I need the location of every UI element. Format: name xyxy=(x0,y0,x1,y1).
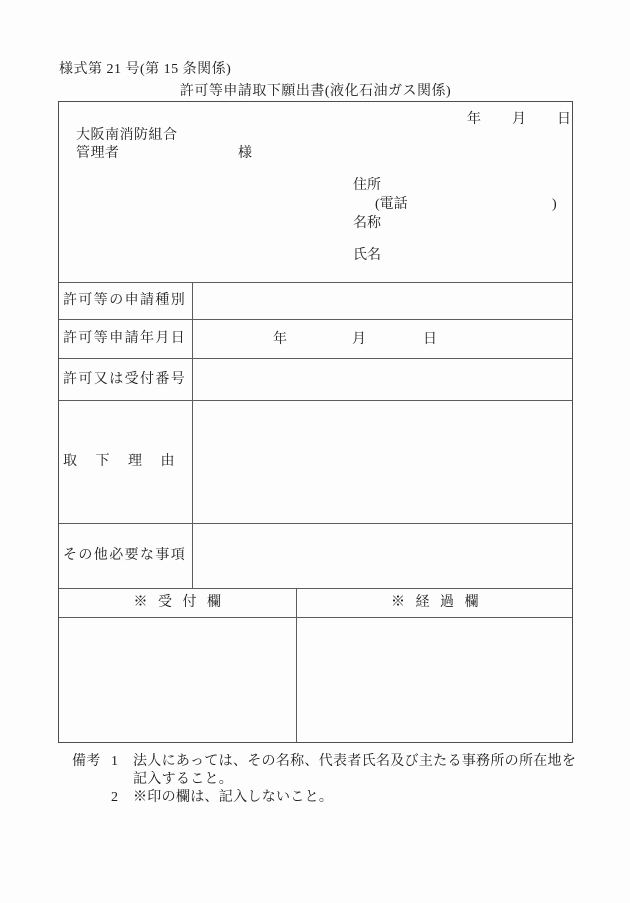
recipient-honorific: 様 xyxy=(238,146,252,162)
remark-1-line-2: 記入すること。 xyxy=(133,772,233,788)
field-label-other-items: その他必要な事項 xyxy=(63,548,186,564)
recipient-org: 大阪南消防組合 xyxy=(76,128,178,144)
remarks-label: 備考 xyxy=(72,754,101,770)
address-label: 住所 xyxy=(353,178,381,194)
date-month-label: 月 xyxy=(512,112,526,128)
remark-1-number: 1 xyxy=(111,754,118,770)
progress-box xyxy=(296,617,573,743)
remark-1-line-1: 法人にあっては、その名称、代表者氏名及び主たる事務所の所在地を xyxy=(133,754,576,770)
field-label-withdrawal-reason: 取 下 理 由 xyxy=(63,454,175,470)
date-year-label: 年 xyxy=(467,112,481,128)
field-label-application-type: 許可等の申請種別 xyxy=(63,293,186,309)
divider-office-header-top xyxy=(59,588,572,589)
withdrawal-reason-value-cell xyxy=(192,400,573,523)
application-type-value-cell xyxy=(192,282,573,319)
page-title: 許可等申請取下願出書(液化石油ガス関係) xyxy=(58,84,573,100)
receipt-column-header: ※ 受 付 欄 xyxy=(59,595,296,611)
application-date-value-cell: 年 月 日 xyxy=(192,319,573,358)
receipt-number-value-cell xyxy=(192,358,573,400)
field-label-application-date: 許可等申請年月日 xyxy=(63,331,186,347)
field-label-receipt-number: 許可又は受付番号 xyxy=(63,372,186,388)
application-date-month-label: 月 xyxy=(352,332,366,348)
person-name-label: 氏名 xyxy=(353,248,381,264)
remark-2-line-1: ※印の欄は、記入しないこと。 xyxy=(133,790,333,806)
progress-column-header: ※ 経 過 欄 xyxy=(296,595,573,611)
form-table: 年 月 日 大阪南消防組合 管理者 様 住所 (電話 ) 名称 氏名 許可等の申… xyxy=(58,101,573,743)
form-number: 様式第 21 号(第 15 条関係) xyxy=(59,62,231,78)
phone-close-paren: ) xyxy=(552,197,557,213)
recipient-role: 管理者 xyxy=(76,146,120,162)
remark-2-number: 2 xyxy=(111,790,118,806)
name-label: 名称 xyxy=(353,216,381,232)
receipt-box xyxy=(59,617,296,743)
other-items-value-cell xyxy=(192,523,573,588)
application-date-year-label: 年 xyxy=(273,332,287,348)
form-sheet: 様式第 21 号(第 15 条関係) 許可等申請取下願出書(液化石油ガス関係) … xyxy=(0,0,630,903)
date-day-label: 日 xyxy=(557,112,571,128)
application-date-day-label: 日 xyxy=(423,332,437,348)
phone-label: (電話 xyxy=(375,197,408,213)
